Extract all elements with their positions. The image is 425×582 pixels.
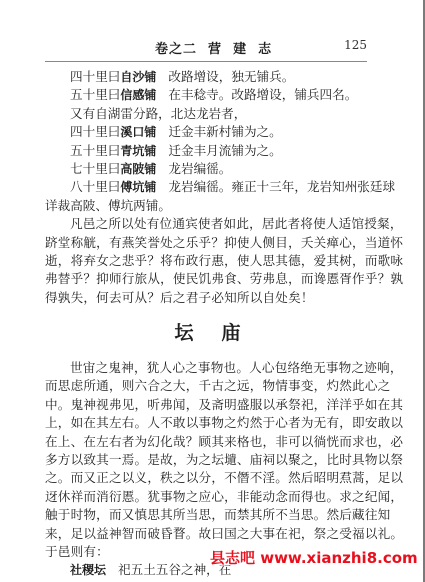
running-header: 卷之二 营 建 志 125 [45,38,367,58]
relay-post-entry: 八十里曰傅坑铺龙岩编徭。雍正十三年，龙岩知州张廷球 [45,178,370,196]
paragraph-altars-temples-intro: 世宙之鬼神，犹人心之事物也。人心包络绝无事物之迹响， 而思虑所通，则六合之大，千… [45,359,370,561]
relay-post-name: 信感铺 [120,88,156,102]
relay-post-note: 迁金丰月流铺为之。 [168,143,281,158]
relay-post-note: 迁金丰新村铺为之。 [168,124,281,139]
page-body: 四十里曰自沙铺改路增设，独无铺兵。 五十里曰信感铺在丰稔寺。改路增设，铺兵四名。… [45,68,370,580]
relay-post-entry: 七十里曰高陂铺龙岩编徭。 [45,160,370,178]
chapter-title: 卷之二 营 建 志 [155,38,272,57]
relay-post-entry: 五十里曰信感铺在丰稔寺。改路增设，铺兵四名。 [45,86,370,104]
relay-post-entry: 四十里曰溪口铺迁金丰新村铺为之。 [45,123,370,141]
relay-post-continuation: 详裁高陂、傅坑两铺。 [45,197,370,215]
paragraph-conclusion: 凡邑之所以处有位通宾使者如此，居此者将使人适馆授粲， 跻堂称觥，有燕笑誉处之乐乎… [45,215,370,307]
altar-name: 社稷坛 [70,563,106,577]
header-rule [45,61,367,62]
relay-post-note: 龙岩编徭。 [168,161,231,176]
relay-post-name: 高陂铺 [120,162,156,176]
relay-post-note: 在丰稔寺。改路增设，铺兵四名。 [168,87,357,102]
site-watermark: 县志吧 www.xianzhi8.com [210,547,418,568]
relay-post-note: 改路增设，独无铺兵。 [168,69,294,84]
section-heading: 坛庙 [45,313,370,353]
relay-post-name: 青坑铺 [120,144,156,158]
relay-post-note: 龙岩编徭。雍正十三年，龙岩知州张廷球 [168,179,395,194]
relay-post-name: 傅坑铺 [120,180,156,194]
page-number: 125 [344,38,367,52]
relay-post-entry: 四十里曰自沙铺改路增设，独无铺兵。 [45,68,370,86]
relay-post-entry: 五十里曰青坑铺迁金丰月流铺为之。 [45,142,370,160]
relay-route-note: 又有自湖雷分路，北达龙岩者， [45,105,370,123]
relay-post-name: 自沙铺 [120,70,156,84]
relay-post-list: 四十里曰自沙铺改路增设，独无铺兵。 五十里曰信感铺在丰稔寺。改路增设，铺兵四名。… [45,68,370,215]
relay-post-name: 溪口铺 [120,125,156,139]
